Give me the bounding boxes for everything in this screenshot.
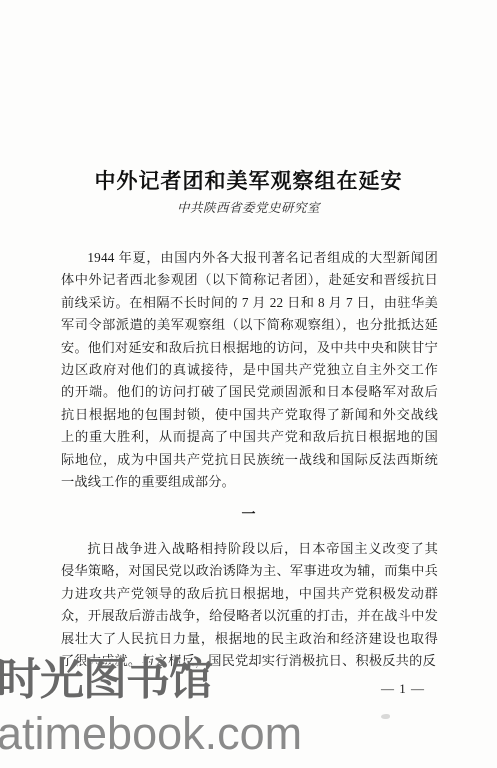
scan-speckle <box>381 714 390 719</box>
page-title: 中外记者团和美军观察组在延安 <box>0 165 497 195</box>
book-page: 中外记者团和美军观察组在延安 中共陕西省委党史研究室 1944 年夏，由国内外各… <box>0 0 497 768</box>
text-line: 边区政府对他们的真诚接待，是中国共产党独立自主外交工作 <box>61 359 438 381</box>
text-line: 的开端。他们的访问打破了国民党顽固派和日本侵略军对敌后 <box>61 381 438 403</box>
section-marker: 一 <box>0 504 497 524</box>
text-line: 展壮大了人民抗日力量，根据地的民主政治和经济建设也取得 <box>61 628 438 650</box>
text-line: 上的重大胜利，从而提高了中国共产党和敌后抗日根据地的国 <box>61 426 438 448</box>
text-line: 一战线工作的重要组成部分。 <box>61 471 438 493</box>
text-line: 体中外记者西北参观团（以下简称记者团），赴延安和晋绥抗日 <box>61 269 438 291</box>
text-line: 安。他们对延安和敌后抗日根据地的访问，及中共中央和陕甘宁 <box>61 337 438 359</box>
watermark-library-name: 时光图书馆 <box>0 658 212 702</box>
text-line: 侵华策略，对国民党以政治诱降为主、军事进攻为辅，而集中兵 <box>61 560 438 582</box>
watermark-site-url: atimebook.com <box>0 711 302 756</box>
text-line: 军司令部派遣的美军观察组（以下简称观察组），也分批抵达延 <box>61 314 438 336</box>
text-line: 力进攻共产党领导的敌后抗日根据地，中国共产党积极发动群 <box>61 583 438 605</box>
paragraph-introduction: 1944 年夏，由国内外各大报刊著名记者组成的大型新闻团体中外记者西北参观团（以… <box>61 247 438 493</box>
text-line: 众，开展敌后游击战争，给侵略者以沉重的打击，并在战斗中发 <box>61 605 438 627</box>
text-line: 抗日战争进入战略相持阶段以后，日本帝国主义改变了其 <box>61 538 438 560</box>
text-line: 抗日根据地的包围封锁，使中国共产党取得了新闻和外交战线 <box>61 404 438 426</box>
page-subtitle: 中共陕西省委党史研究室 <box>0 198 497 216</box>
text-line: 际地位，成为中国共产党抗日民族统一战线和国际反法西斯统 <box>61 449 438 471</box>
page-number: — 1 — <box>381 681 425 697</box>
paragraph-section-one: 抗日战争进入战略相持阶段以后，日本帝国主义改变了其侵华策略，对国民党以政治诱降为… <box>61 538 438 672</box>
text-line: 1944 年夏，由国内外各大报刊著名记者组成的大型新闻团 <box>61 247 438 269</box>
text-line: 前线采访。在相隔不长时间的 7 月 22 日和 8 月 7 日，由驻华美 <box>61 292 438 314</box>
